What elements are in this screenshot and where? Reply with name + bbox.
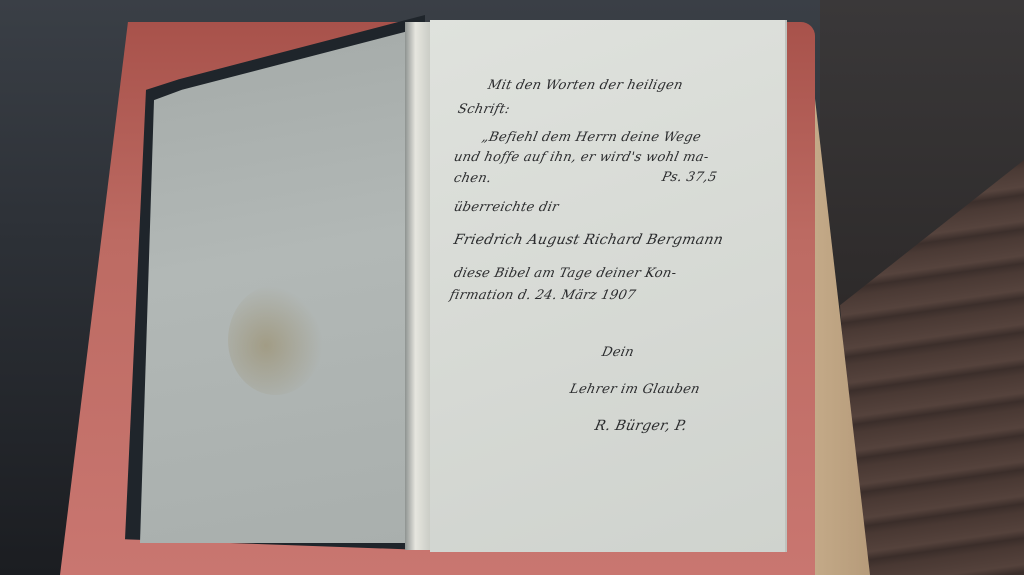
verse-line-1: „Befiehl dem Herrn deine Wege [480,130,702,145]
signature-name: R. Bürger, P. [593,418,688,434]
verse-line-3: chen. [452,171,493,186]
inscription-line-1: Mit den Worten der heiligen [486,78,684,93]
presented-line: überreichte dir [452,200,560,215]
inscription-page: Mit den Worten der heiligen Schrift: „Be… [430,20,785,552]
open-book: Mit den Worten der heiligen Schrift: „Be… [0,0,1024,575]
verse-line-2: und hoffe auf ihn, er wird's wohl ma- [452,150,710,165]
verse-reference: Ps. 37,5 [660,170,718,185]
recipient-name: Friedrich August Richard Bergmann [452,232,724,248]
bible-line-1: diese Bibel am Tage deiner Kon- [452,266,677,281]
bible-line-2: firmation d. 24. März 1907 [448,288,637,303]
closing-line: Dein [600,345,635,360]
paper-stain [228,285,323,395]
signature-title: Lehrer im Glauben [568,382,701,397]
inscription-line-2: Schrift: [456,102,511,117]
